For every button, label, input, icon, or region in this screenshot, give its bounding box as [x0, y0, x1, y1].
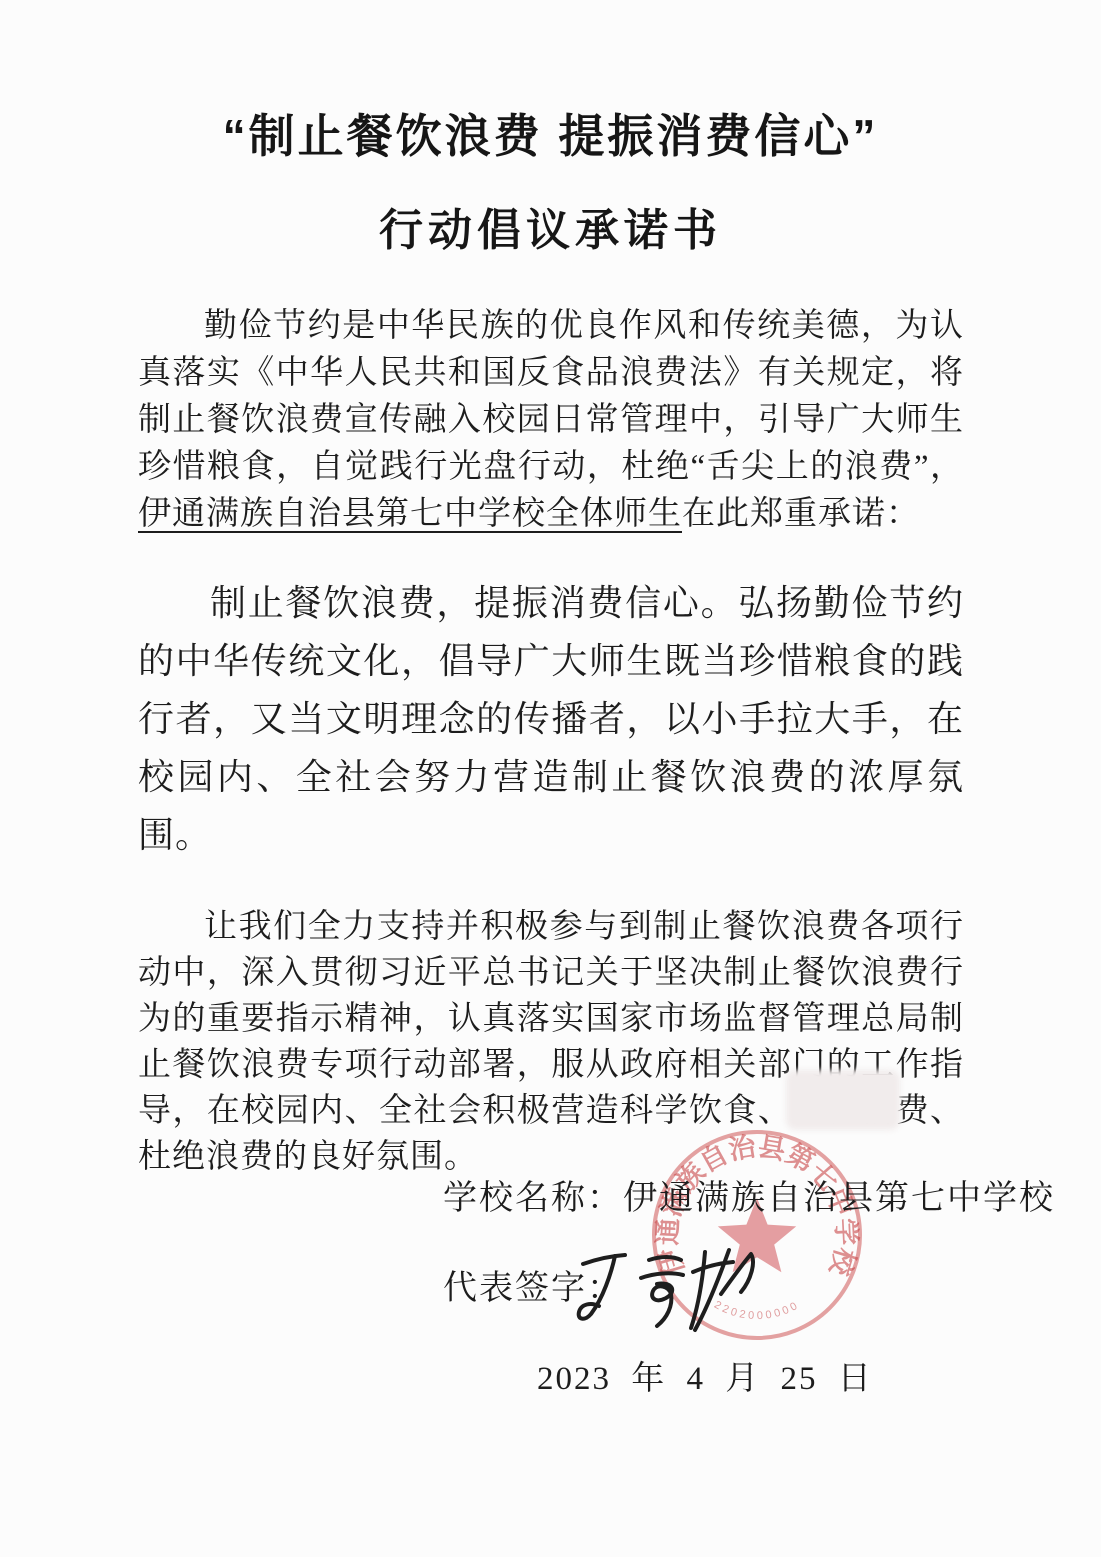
- paragraph-intro-text: 勤俭节约是中华民族的优良作风和传统美德，为认真落实《中华人民共和国反食品浪费法》…: [138, 308, 964, 485]
- paragraph-intro: 勤俭节约是中华民族的优良作风和传统美德，为认真落实《中华人民共和国反食品浪费法》…: [138, 303, 964, 538]
- paragraph-intro-tail: 在此郑重承诺：: [682, 496, 920, 532]
- date-line: 2023 年 4 月 25 日: [537, 1352, 873, 1399]
- document-title-line2: 行动倡议承诺书: [0, 194, 1101, 258]
- document-body: 勤俭节约是中华民族的优良作风和传统美德，为认真落实《中华人民共和国反食品浪费法》…: [138, 303, 964, 1180]
- scanned-document-page: “制止餐饮浪费 提振消费信心” 行动倡议承诺书 勤俭节约是中华民族的优良作风和传…: [0, 0, 1101, 1557]
- handwritten-signature: [553, 1236, 773, 1336]
- school-name-label: 学校名称：: [443, 1180, 623, 1217]
- school-name-line: 学校名称：伊通满族自治县第七中学校: [443, 1170, 1055, 1219]
- paragraph-action: 让我们全力支持并积极参与到制止餐饮浪费各项行动中，深入贯彻习近平总书记关于坚决制…: [138, 904, 964, 1180]
- school-name-value: 伊通满族自治县第七中学校: [623, 1180, 1055, 1217]
- scan-smudge: [786, 1070, 900, 1130]
- document-title-line1: “制止餐饮浪费 提振消费信心”: [0, 100, 1101, 166]
- school-name-underlined: 伊通满族自治县第七中学校全体师生: [138, 496, 682, 532]
- paragraph-pledge: 制止餐饮浪费，提振消费信心。弘扬勤俭节约的中华传统文化，倡导广大师生既当珍惜粮食…: [138, 574, 964, 864]
